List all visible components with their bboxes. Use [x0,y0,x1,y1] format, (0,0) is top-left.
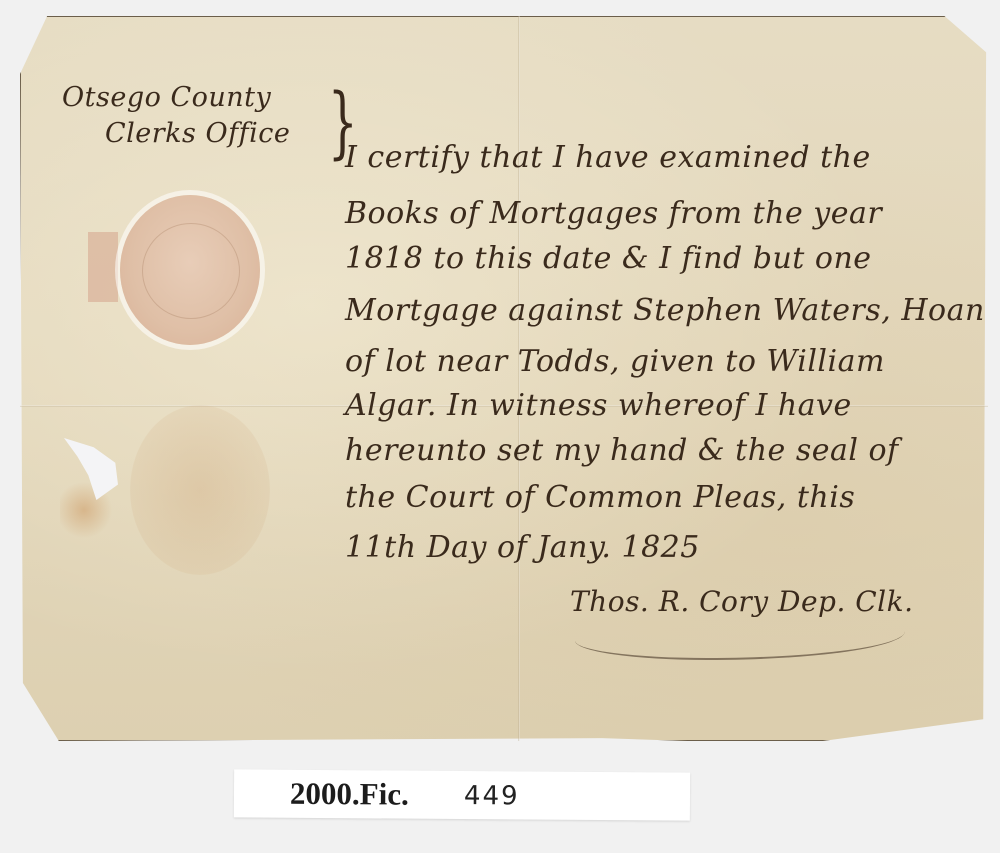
body-line-1: I certify that I have examined the [345,140,871,175]
catalog-label-printed: 2000.Fic. [290,776,409,813]
body-line-7: hereunto set my hand & the seal of [345,433,899,468]
heading-office: Clerks Office [105,118,290,149]
body-line-2: Books of Mortgages from the year [345,196,882,231]
embossed-seal-icon [120,195,260,345]
seal-paper-tab [88,232,118,302]
seal-stain-mark [130,405,270,575]
catalog-label: 2000.Fic. 449 [234,769,690,820]
body-line-3: 1818 to this date & I find but one [345,241,872,276]
body-line-6: Algar. In witness whereof I have [345,388,852,423]
body-line-4: Mortgage against Stephen Waters, Hoan [345,293,985,328]
heading-county: Otsego County [62,82,271,113]
body-line-5: of lot near Todds, given to William [345,344,885,379]
body-line-9-date: 11th Day of Jany. 1825 [345,530,700,565]
catalog-label-number: 449 [464,781,520,811]
body-line-8: the Court of Common Pleas, this [345,480,855,515]
